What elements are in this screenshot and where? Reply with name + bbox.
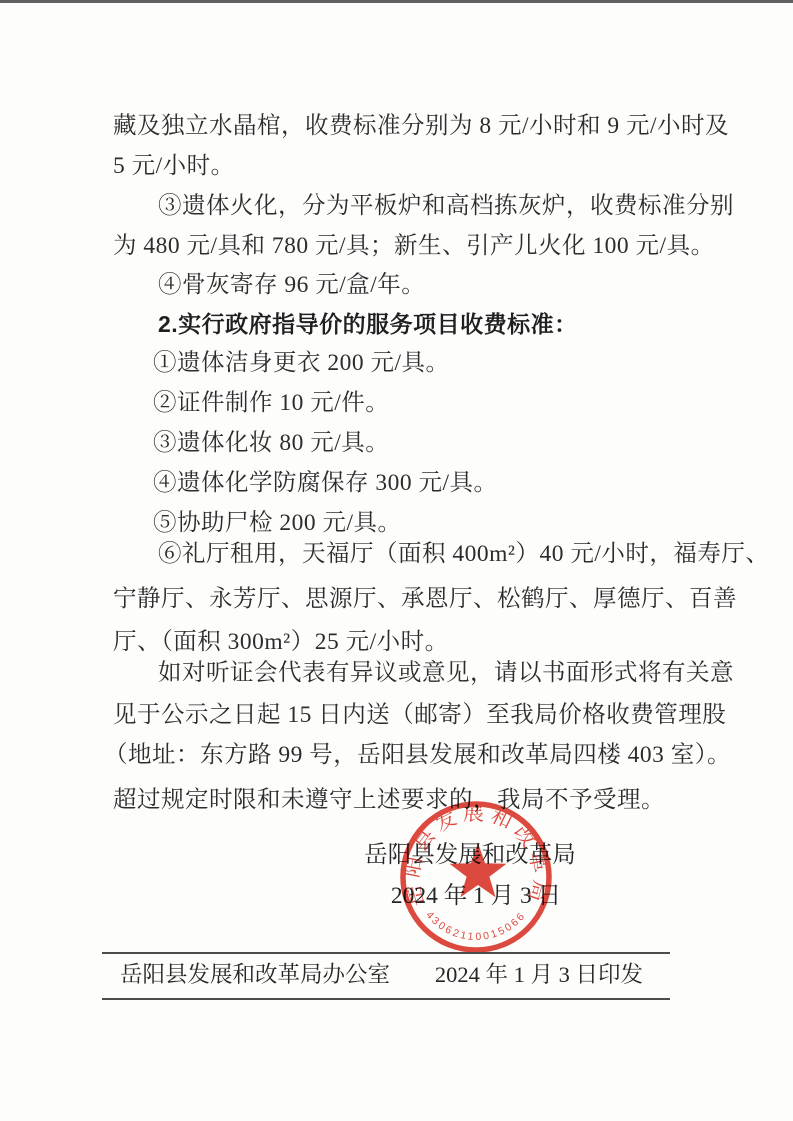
body-line: 如对听证会代表有异议或意见，请以书面形式将有关意: [158, 658, 734, 688]
body-line: ①遗体洁身更衣 200 元/具。: [153, 348, 450, 378]
body-line: ⑥礼厅租用，天福厅（面积 400m²）40 元/小时，福寿厅、: [158, 539, 769, 569]
body-line: ④遗体化学防腐保存 300 元/具。: [153, 468, 498, 498]
body-line: ④骨灰寄存 96 元/盒/年。: [158, 270, 425, 300]
scan-artifact-top-edge: [0, 0, 793, 3]
footer-issuing-office: 岳阳县发展和改革局办公室: [120, 961, 390, 989]
body-line: 超过规定时限和未遵守上述要求的，我局不予受理。: [113, 785, 665, 815]
body-line: 藏及独立水晶棺，收费标准分别为 8 元/小时和 9 元/小时及: [113, 111, 729, 141]
body-line: ③遗体化妆 80 元/具。: [153, 428, 389, 458]
footer-print-date: 2024 年 1 月 3 日印发: [435, 961, 643, 989]
body-line: 为 480 元/具和 780 元/具；新生、引产儿火化 100 元/具。: [113, 231, 715, 261]
footer-rule-top: [102, 952, 670, 954]
body-line: 5 元/小时。: [113, 151, 235, 181]
document-page: 藏及独立水晶棺，收费标准分别为 8 元/小时和 9 元/小时及 5 元/小时。 …: [0, 0, 793, 1121]
seal-star-icon: [450, 843, 507, 897]
section-heading: 2.实行政府指导价的服务项目收费标准：: [158, 309, 578, 339]
body-line: 见于公示之日起 15 日内送（邮寄）至我局价格收费管理股: [113, 700, 726, 730]
official-seal: 岳阳县发展和改革局 43062110015066: [397, 798, 555, 956]
body-line: ②证件制作 10 元/件。: [153, 388, 389, 418]
body-line: ③遗体火化，分为平板炉和高档拣灰炉，收费标准分别: [158, 191, 734, 221]
body-line: 宁静厅、永芳厅、思源厅、承恩厅、松鹤厅、厚德厅、百善: [113, 584, 737, 614]
footer-rule-bottom: [102, 998, 670, 1000]
body-line: 厅、（面积 300m²）25 元/小时。: [113, 627, 449, 657]
body-line: ⑤协助尸检 200 元/具。: [153, 508, 402, 538]
body-line: （地址：东方路 99 号，岳阳县发展和改革局四楼 403 室）。: [104, 740, 731, 770]
